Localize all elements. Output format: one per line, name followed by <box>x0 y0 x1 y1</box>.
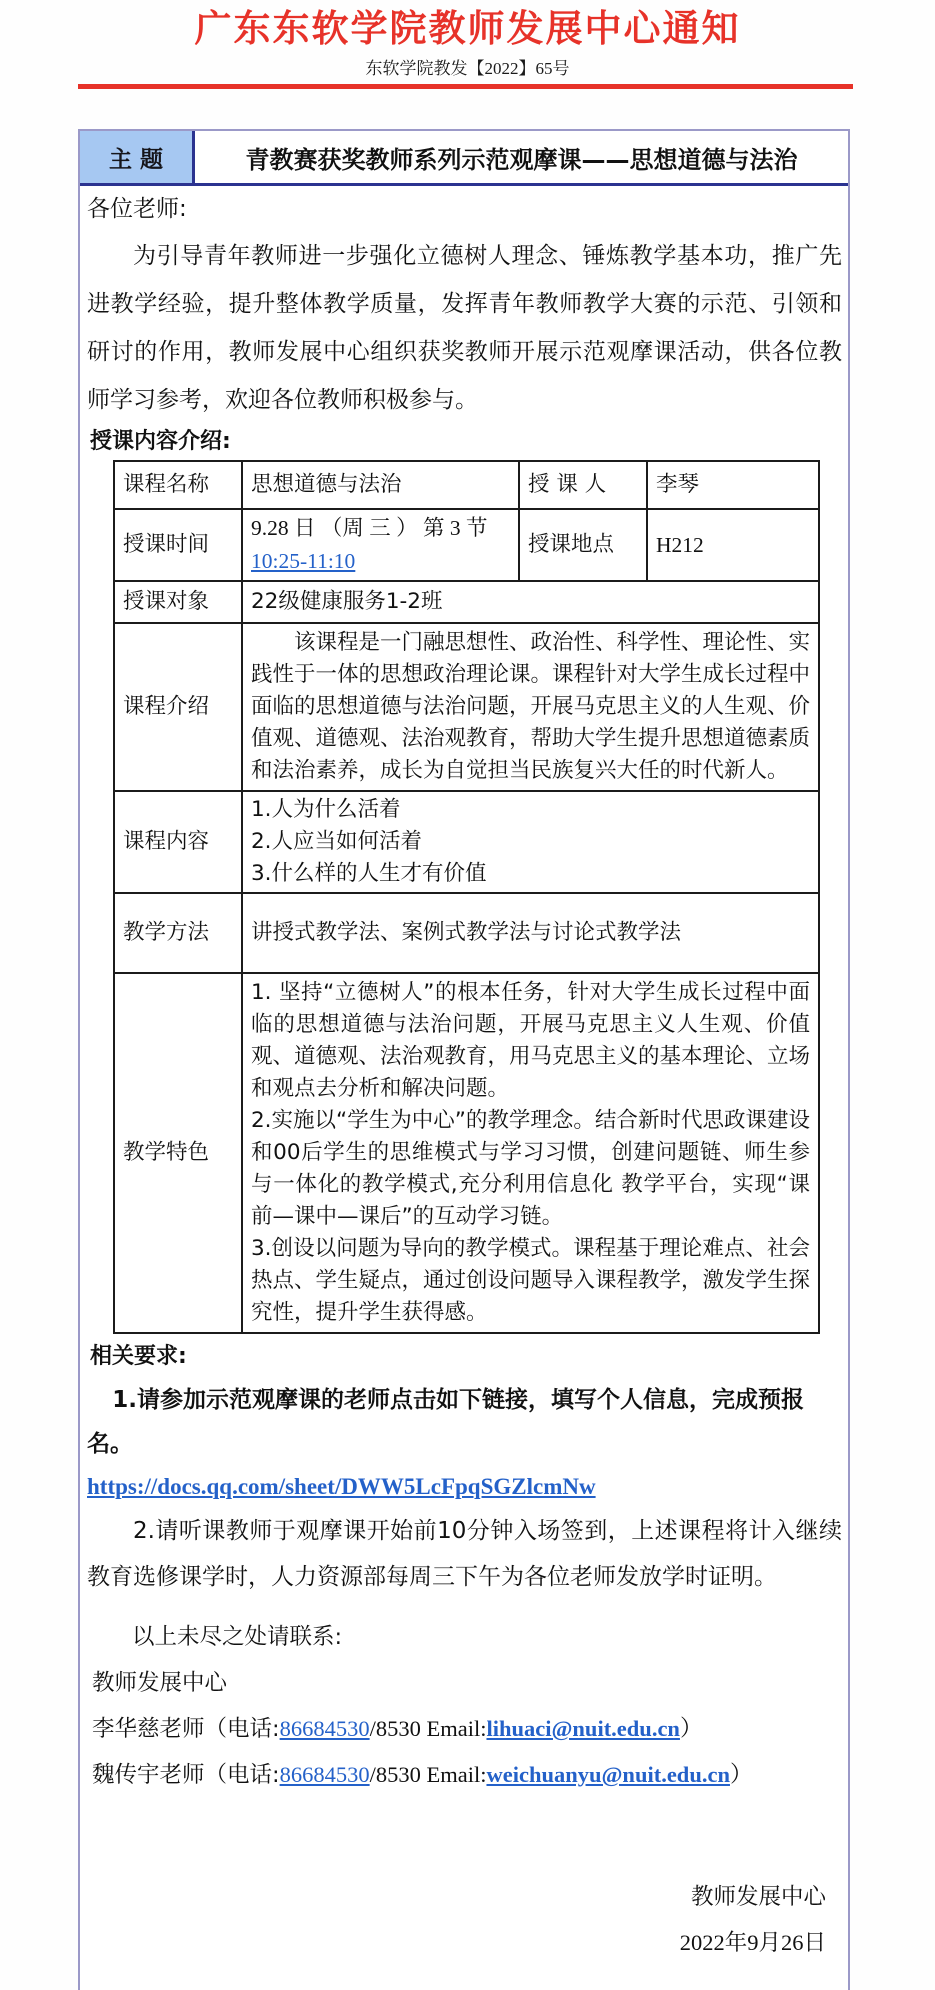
teacher2-phone-link[interactable]: 86684530 <box>280 1762 370 1787</box>
contact-teacher-1: 李华慈老师（电话:86684530/8530 Email:lihuaci@nui… <box>87 1706 842 1752</box>
course-content-line: 1.人为什么活着 <box>251 794 810 826</box>
requirement-item-2: 2.请听课教师于观摩课开始前10分钟入场签到，上述课程将计入继续教育选修课学时，… <box>87 1508 842 1600</box>
lecturer-value: 李琴 <box>647 461 819 509</box>
teaching-features-cell: 1. 坚持“立德树人”的根本任务，针对大学生成长过程中面临的思想道德与法治问题，… <box>242 973 819 1333</box>
contact-leadin: 以上未尽之处请联系: <box>87 1614 842 1660</box>
content-box: 主 题 青教赛获奖教师系列示范观摩课——思想道德与法治 各位老师: 为引导青年教… <box>78 129 850 1990</box>
audience-label: 授课对象 <box>114 581 242 623</box>
course-content-label: 课程内容 <box>114 791 242 893</box>
course-name-value: 思想道德与法治 <box>242 461 519 509</box>
teacher2-suffix: ） <box>730 1762 753 1788</box>
subject-title: 青教赛获奖教师系列示范观摩课——思想道德与法治 <box>195 131 848 183</box>
table-row: 课程名称 思想道德与法治 授 课 人 李琴 <box>114 461 819 509</box>
class-time-cell: 9.28 日 （周 三 ） 第 3 节 10:25-11:10 <box>242 509 519 581</box>
teacher1-email-link[interactable]: lihuaci@nuit.edu.cn <box>486 1716 679 1741</box>
intro-paragraph: 为引导青年教师进一步强化立德树人理念、锤炼教学基本功，推广先进教学经验，提升整体… <box>87 232 842 424</box>
lecturer-label: 授 课 人 <box>519 461 647 509</box>
signature-department: 教师发展中心 <box>87 1874 826 1920</box>
table-row: 授课时间 9.28 日 （周 三 ） 第 3 节 10:25-11:10 授课地… <box>114 509 819 581</box>
class-date-text: 9.28 日 （周 三 ） 第 3 节 <box>251 512 510 545</box>
audience-value: 22级健康服务1-2班 <box>242 581 819 623</box>
course-intro-heading: 授课内容介绍: <box>87 424 842 460</box>
teacher1-phone-link[interactable]: 86684530 <box>280 1716 370 1741</box>
notice-body: 各位老师: 为引导青年教师进一步强化立德树人理念、锤炼教学基本功，推广先进教学经… <box>80 186 848 1966</box>
contact-department: 教师发展中心 <box>87 1660 842 1706</box>
notice-page: 广东东软学院教师发展中心通知 东软学院教发【2022】65号 主 题 青教赛获奖… <box>0 0 935 1990</box>
location-label: 授课地点 <box>519 509 647 581</box>
teaching-method-label: 教学方法 <box>114 893 242 973</box>
requirement-item-1: 1.请参加示范观摩课的老师点击如下链接，填写个人信息，完成预报名。 <box>87 1378 842 1466</box>
location-value: H212 <box>647 509 819 581</box>
signature-date: 2022年9月26日 <box>87 1920 826 1966</box>
teaching-feature-item: 2.实施以“学生为中心”的教学理念。结合新时代思政课建设和00后学生的思维模式与… <box>251 1105 810 1233</box>
teacher2-ext: /8530 Email: <box>370 1762 487 1787</box>
teacher1-ext: /8530 Email: <box>370 1716 487 1741</box>
teaching-features-label: 教学特色 <box>114 973 242 1333</box>
class-time-label: 授课时间 <box>114 509 242 581</box>
course-content-line: 3.什么样的人生才有价值 <box>251 858 810 890</box>
course-name-label: 课程名称 <box>114 461 242 509</box>
course-table: 课程名称 思想道德与法治 授 课 人 李琴 授课时间 9.28 日 （周 三 ）… <box>113 460 820 1334</box>
signature-block: 教师发展中心 2022年9月26日 <box>87 1874 842 1966</box>
red-divider <box>78 84 853 89</box>
greeting: 各位老师: <box>87 186 842 232</box>
teacher1-name: 李华慈老师（电话: <box>92 1716 280 1742</box>
contact-teacher-2: 魏传宇老师（电话:86684530/8530 Email:weichuanyu@… <box>87 1752 842 1798</box>
teaching-method-value: 讲授式教学法、案例式教学法与讨论式教学法 <box>242 893 819 973</box>
requirements-heading: 相关要求: <box>87 1336 842 1378</box>
signup-link[interactable]: https://docs.qq.com/sheet/DWW5LcFpqSGZlc… <box>87 1474 596 1499</box>
table-row: 教学方法 讲授式教学法、案例式教学法与讨论式教学法 <box>114 893 819 973</box>
table-row: 课程内容 1.人为什么活着 2.人应当如何活着 3.什么样的人生才有价值 <box>114 791 819 893</box>
teaching-feature-item: 1. 坚持“立德树人”的根本任务，针对大学生成长过程中面临的思想道德与法治问题，… <box>251 977 810 1105</box>
class-time-link[interactable]: 10:25-11:10 <box>251 549 355 573</box>
course-content-cell: 1.人为什么活着 2.人应当如何活着 3.什么样的人生才有价值 <box>242 791 819 893</box>
table-row: 授课对象 22级健康服务1-2班 <box>114 581 819 623</box>
course-content-line: 2.人应当如何活着 <box>251 826 810 858</box>
table-row: 课程介绍 该课程是一门融思想性、政治性、科学性、理论性、实践性于一体的思想政治理… <box>114 623 819 791</box>
teaching-feature-item: 3.创设以问题为导向的教学模式。课程基于理论难点、社会热点、学生疑点，通过创设问… <box>251 1233 810 1329</box>
course-desc-label: 课程介绍 <box>114 623 242 791</box>
course-desc-cell: 该课程是一门融思想性、政治性、科学性、理论性、实践性于一体的思想政治理论课。课程… <box>242 623 819 791</box>
teacher2-name: 魏传宇老师（电话: <box>92 1762 280 1788</box>
teacher2-email-link[interactable]: weichuanyu@nuit.edu.cn <box>486 1762 730 1787</box>
subject-row: 主 题 青教赛获奖教师系列示范观摩课——思想道德与法治 <box>80 131 848 186</box>
table-row: 教学特色 1. 坚持“立德树人”的根本任务，针对大学生成长过程中面临的思想道德与… <box>114 973 819 1333</box>
signup-link-line: https://docs.qq.com/sheet/DWW5LcFpqSGZlc… <box>87 1466 842 1508</box>
doc-number: 东软学院教发【2022】65号 <box>0 58 935 80</box>
subject-label: 主 题 <box>80 131 195 183</box>
page-title: 广东东软学院教师发展中心通知 <box>0 0 935 50</box>
teacher1-suffix: ） <box>680 1716 703 1742</box>
course-desc-text: 该课程是一门融思想性、政治性、科学性、理论性、实践性于一体的思想政治理论课。课程… <box>251 627 810 787</box>
